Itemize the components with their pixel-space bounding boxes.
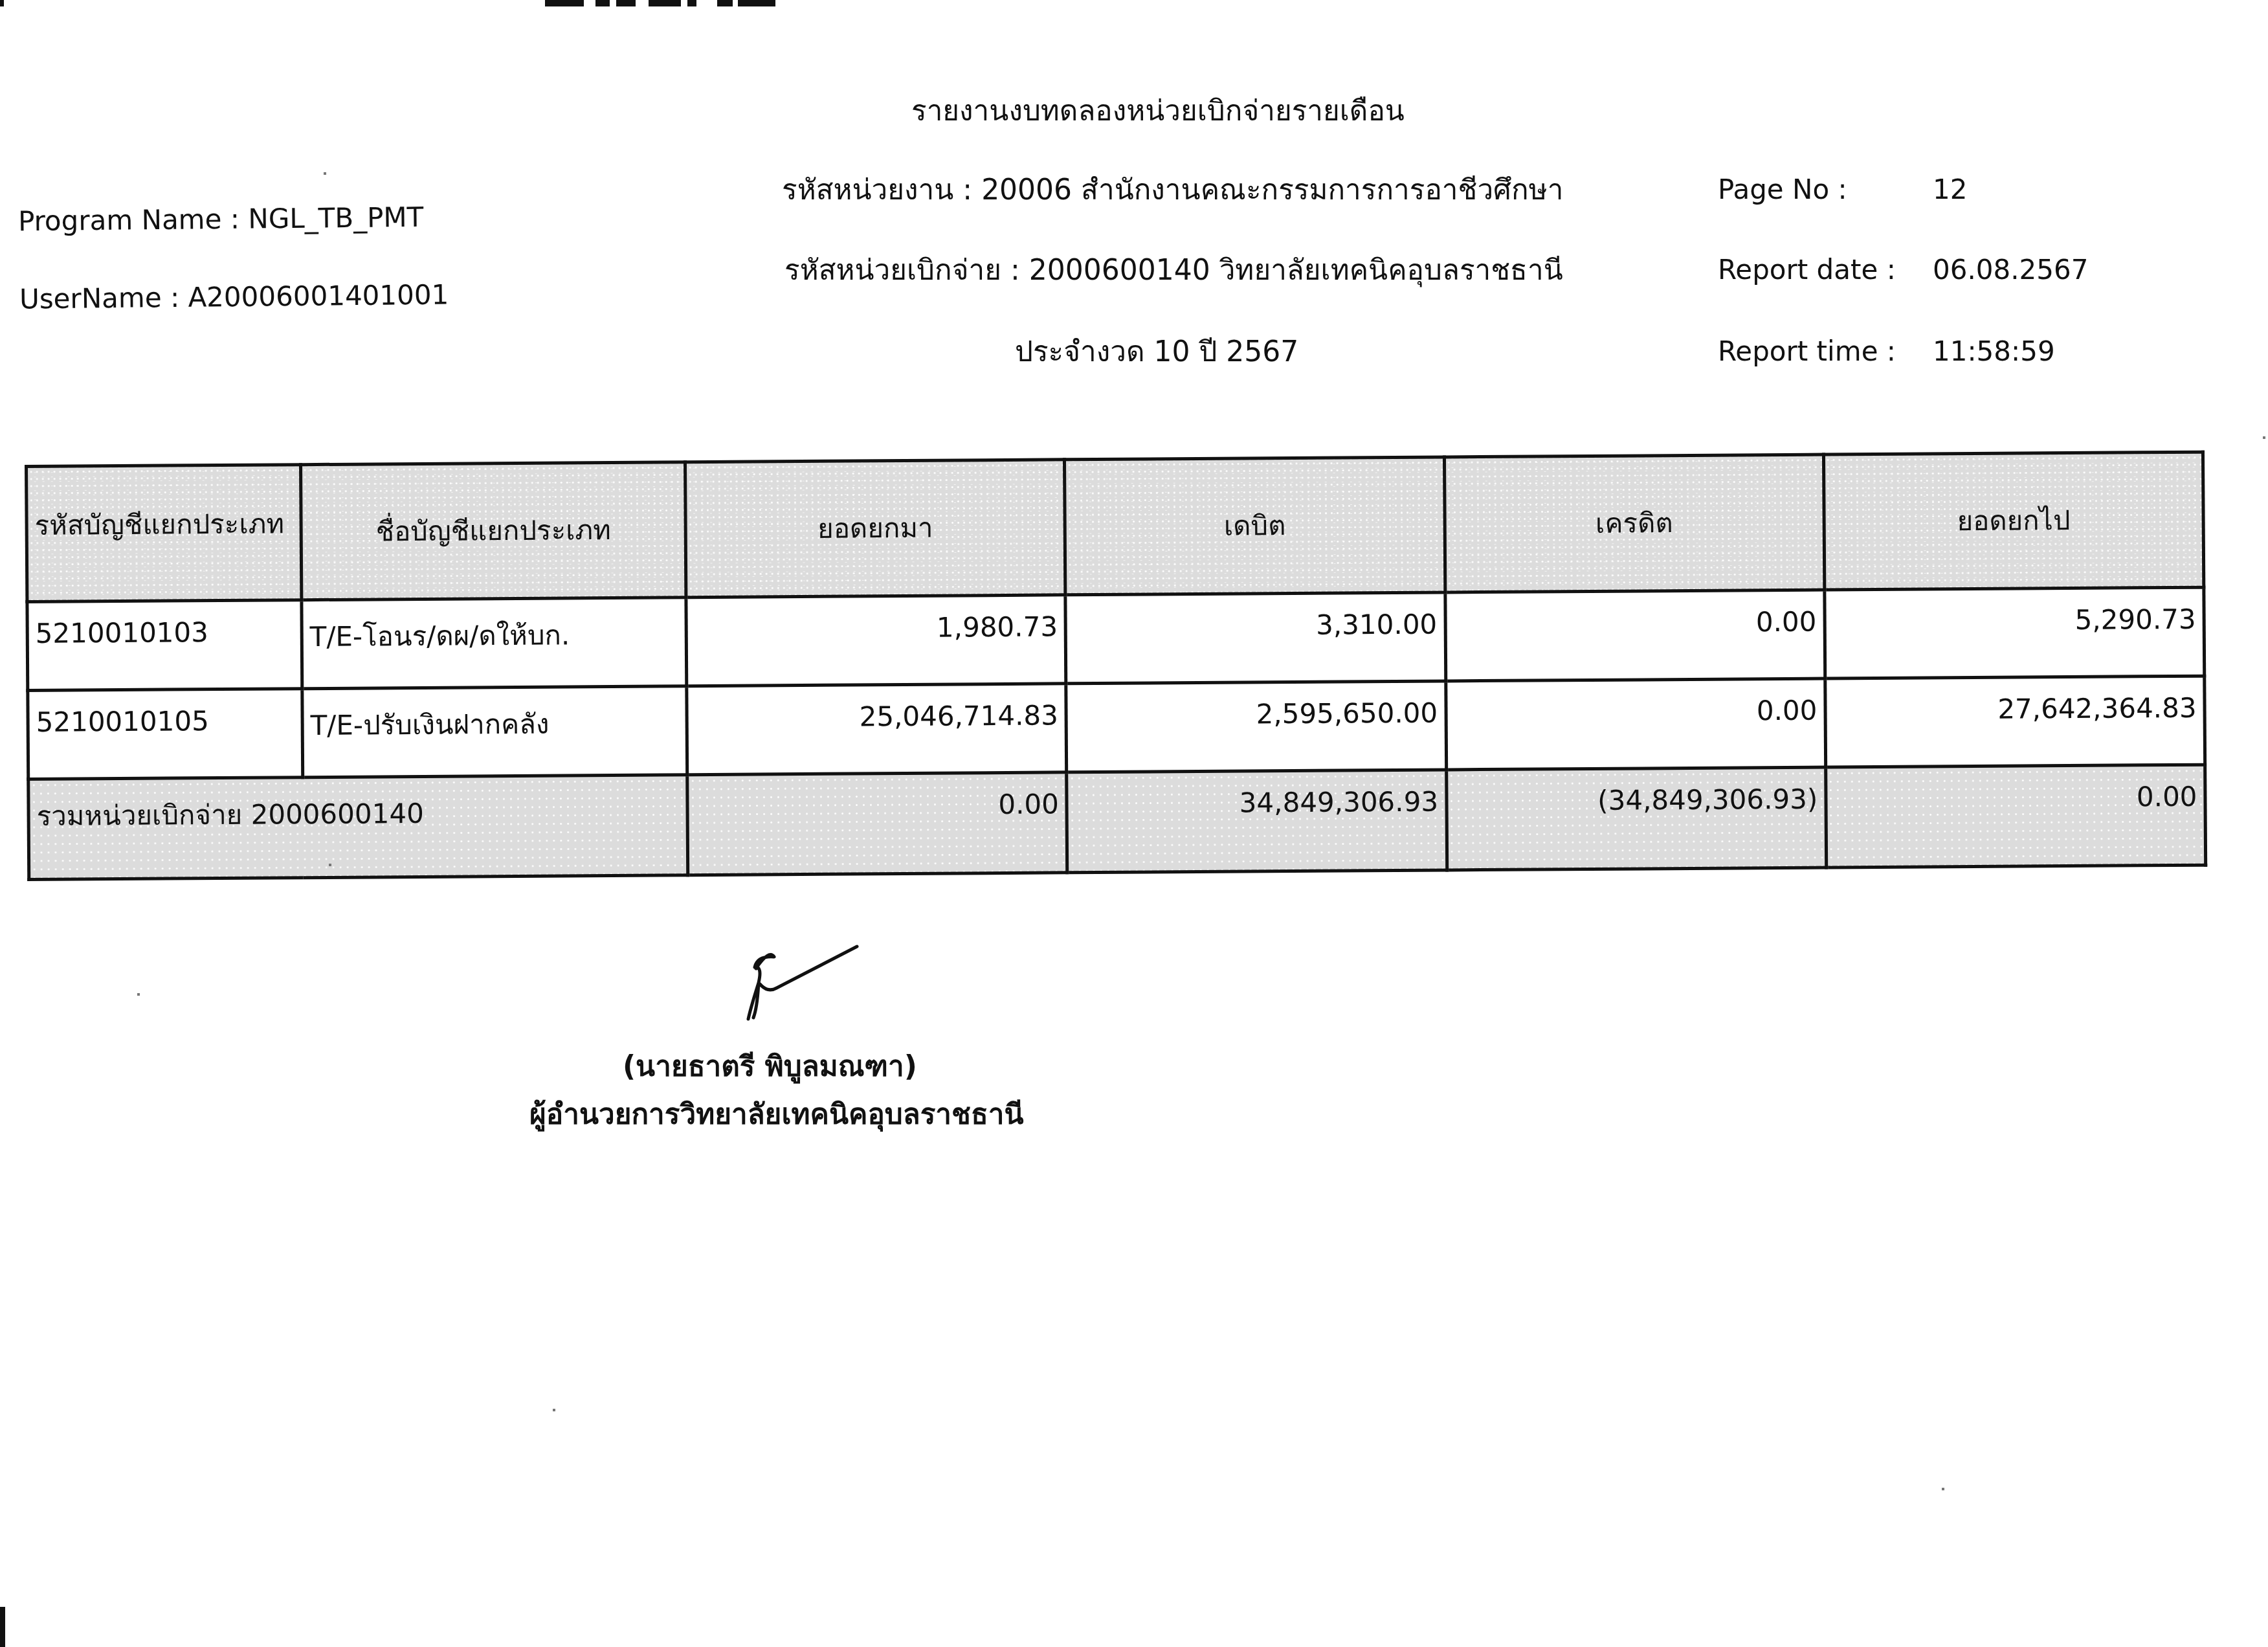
scan-speck <box>137 993 140 996</box>
signatory-name: (นายธาตรี พิบูลมณฑา) <box>623 1044 917 1089</box>
credit: 0.00 <box>1445 590 1825 681</box>
report-date-label: Report date : <box>1718 256 1896 284</box>
username: UserName : A20006001401001 <box>19 282 449 313</box>
debit: 3,310.00 <box>1065 592 1445 684</box>
report-date-value: 06.08.2567 <box>1933 256 2088 284</box>
table-header-row: รหัสบัญชีแยกประเภท ชื่อบัญชีแยกประเภท ยอ… <box>27 452 2204 601</box>
table-row: 5210010103 T/E-โอนร/ดผ/ดให้บก. 1,980.73 … <box>27 587 2205 690</box>
signatory-position: ผู้อำนวยการวิทยาลัยเทคนิคอุบลราชธานี <box>529 1092 1024 1137</box>
table-total-row: รวมหน่วยเบิกจ่าย 2000600140 0.00 34,849,… <box>28 765 2206 879</box>
scan-speck <box>324 172 326 175</box>
report-time-label: Report time : <box>1718 338 1896 365</box>
scan-artifact <box>717 0 733 6</box>
header-brought-forward: ยอดยกมา <box>685 460 1066 598</box>
scan-speck <box>1942 1488 1944 1490</box>
scan-artifact <box>595 0 610 6</box>
total-brought-forward: 0.00 <box>687 772 1067 875</box>
total-debit: 34,849,306.93 <box>1067 770 1447 873</box>
scan-artifact <box>738 0 775 6</box>
header-carried-forward: ยอดยกไป <box>1823 452 2204 590</box>
account-name: T/E-โอนร/ดผ/ดให้บก. <box>302 598 687 689</box>
table-row: 5210010105 T/E-ปรับเงินฝากคลัง 25,046,71… <box>28 676 2205 779</box>
scan-artifact <box>545 0 584 6</box>
page-no-label: Page No : <box>1718 176 1847 203</box>
scan-speck <box>329 864 331 866</box>
scan-artifact <box>0 1607 5 1647</box>
report-title: รายงานงบทดลองหน่วยเบิกจ่ายรายเดือน <box>911 97 1405 126</box>
period-line: ประจำงวด 10 ปี 2567 <box>1015 338 1298 366</box>
header-credit: เครดิต <box>1444 454 1825 592</box>
total-credit: (34,849,306.93) <box>1446 767 1826 870</box>
credit: 0.00 <box>1445 678 1825 770</box>
scan-speck <box>553 1409 555 1411</box>
scan-speck <box>2263 436 2265 439</box>
report-page: รายงานงบทดลองหน่วยเบิกจ่ายรายเดือน รหัสห… <box>0 0 2268 1647</box>
report-time-value: 11:58:59 <box>1933 338 2055 365</box>
account-code: 5210010105 <box>28 689 303 779</box>
header-debit: เดบิต <box>1065 457 1445 595</box>
trial-balance-table: รหัสบัญชีแยกประเภท ชื่อบัญชีแยกประเภท ยอ… <box>25 451 2207 881</box>
carried-forward: 5,290.73 <box>1825 587 2205 678</box>
brought-forward: 1,980.73 <box>686 595 1066 686</box>
debit: 2,595,650.00 <box>1066 681 1446 772</box>
page-no-value: 12 <box>1933 176 1967 203</box>
total-carried-forward: 0.00 <box>1825 765 2205 868</box>
scan-artifact <box>649 0 681 6</box>
scan-artifact <box>687 0 696 6</box>
handwritten-signature-icon <box>731 943 887 1033</box>
disbursing-unit-line: รหัสหน่วยเบิกจ่าย : 2000600140 วิทยาลัยเ… <box>784 256 1563 285</box>
program-name: Program Name : NGL_TB_PMT <box>18 204 424 236</box>
header-account-code: รหัสบัญชีแยกประเภท <box>27 465 302 602</box>
account-code: 5210010103 <box>27 600 302 691</box>
brought-forward: 25,046,714.83 <box>687 684 1067 775</box>
carried-forward: 27,642,364.83 <box>1825 676 2205 767</box>
agency-line: รหัสหน่วยงาน : 20006 สำนักงานคณะกรรมการก… <box>782 176 1563 205</box>
scan-artifact <box>0 0 4 6</box>
header-account-name: ชื่อบัญชีแยกประเภท <box>300 462 686 600</box>
scan-artifact <box>616 0 636 6</box>
total-label: รวมหน่วยเบิกจ่าย 2000600140 <box>28 775 688 880</box>
account-name: T/E-ปรับเงินฝากคลัง <box>302 686 687 778</box>
